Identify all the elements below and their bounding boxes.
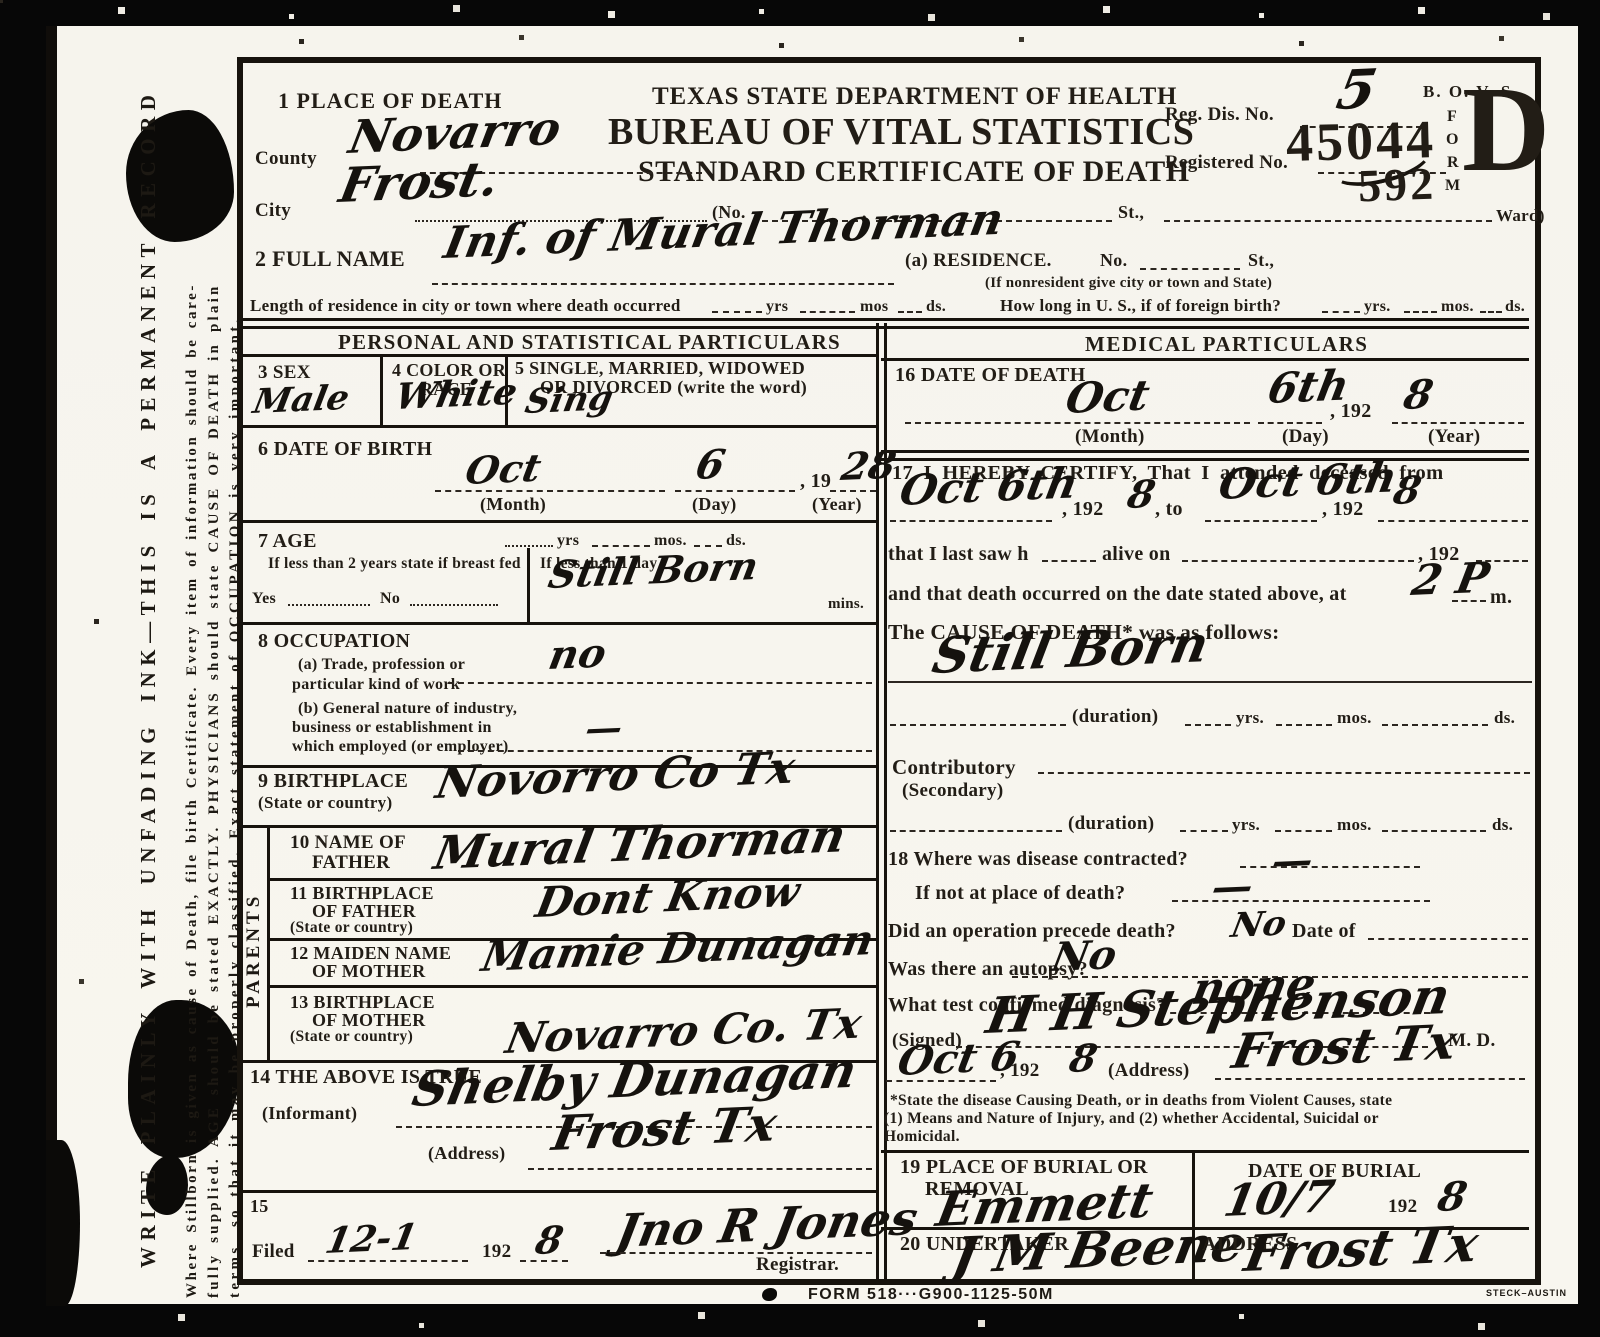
marital-value-handwriting: Sing <box>522 378 616 422</box>
color-value-handwriting: White <box>392 371 521 418</box>
length-yrs-line <box>712 311 762 313</box>
howlong-ds-line <box>1480 311 1502 313</box>
occupation-a-line1: (a) Trade, profession or <box>298 656 465 674</box>
dod-year-printed: , 192 <box>1330 400 1372 423</box>
certify-from-handwriting: Oct 6th <box>896 458 1082 515</box>
residence-st-label: St., <box>1248 250 1274 271</box>
burial-top-rule <box>881 1150 1529 1153</box>
dod-day-line <box>1258 422 1322 424</box>
dob-year-printed: , 19 <box>800 470 831 493</box>
city-label: City <box>255 200 291 222</box>
duration2-mos-line <box>1275 830 1332 832</box>
age-mins-label: mins. <box>828 596 864 613</box>
registered-label: Registered No. <box>1165 152 1288 174</box>
dod-double-rule <box>881 450 1529 461</box>
howlong-ds-label: ds. <box>1505 298 1525 316</box>
occupation-a-value-handwriting: no <box>545 630 610 679</box>
duration1-mos-line <box>1276 724 1332 726</box>
dod-month-line <box>905 422 1250 424</box>
filed-year-line <box>520 1260 568 1262</box>
dob-year-caption: (Year) <box>812 494 862 515</box>
form-letter-f: F <box>1447 108 1457 126</box>
operation-value-handwriting: No <box>1228 904 1290 946</box>
footer-printer-mark: STECK–AUSTIN <box>1486 1288 1567 1298</box>
duration1-yrs: yrs. <box>1236 708 1264 728</box>
dob-year-handwriting: 28 <box>838 442 900 489</box>
item2-full-name-label: 2 FULL NAME <box>255 246 405 272</box>
certify-from-year-printed: , 192 <box>1062 498 1104 521</box>
contributory-label: Contributory <box>892 755 1016 780</box>
father-name-label-1: 10 NAME OF <box>290 832 406 854</box>
footnote-line-3: Homicidal. <box>884 1128 960 1146</box>
footer-form-number: FORM 518···G900-1125-50M <box>808 1286 1054 1304</box>
sex-color-cell-divider <box>380 354 383 425</box>
dod-year-line <box>1392 422 1524 424</box>
duration1-mos: mos. <box>1337 708 1372 728</box>
breast-fed-yes-label: Yes <box>252 590 276 608</box>
footnote-line-2: (1) Means and Nature of Injury, and (2) … <box>884 1110 1379 1128</box>
form-d-letter: D <box>1462 72 1550 188</box>
last-saw-line-2 <box>1182 560 1414 562</box>
death-occurred-label: and that death occurred on the date stat… <box>888 583 1347 606</box>
how-long-label: How long in U. S., if of foreign birth? <box>1000 296 1281 316</box>
dob-day-line <box>675 490 795 492</box>
registered-value: 592 <box>1357 157 1437 213</box>
dob-day-caption: (Day) <box>692 494 737 515</box>
form-letter-o: O <box>1446 131 1459 149</box>
autopsy-value-handwriting: No <box>1048 931 1121 981</box>
dob-month-line <box>435 490 665 492</box>
signed-address-label: (Address) <box>1108 1060 1190 1082</box>
breast-fed-yes-line <box>288 604 370 606</box>
last-saw-label-2: alive on <box>1102 543 1171 566</box>
filed-label: Filed <box>252 1241 295 1263</box>
duration2-ds-line <box>1382 830 1486 832</box>
parents-strip-divider <box>267 825 270 1060</box>
undertaker-address-handwriting: Frost Tx <box>1240 1214 1483 1283</box>
item15-label: 15 <box>250 1196 269 1217</box>
dod-month-caption: (Month) <box>1075 426 1145 448</box>
informant-label: (Informant) <box>262 1103 357 1124</box>
operation-date-line <box>1368 938 1528 940</box>
dob-month-caption: (Month) <box>480 494 546 515</box>
row-age-bottom-rule <box>243 622 876 625</box>
howlong-mos-line <box>1404 311 1437 313</box>
informant-address-handwriting: Frost Tx <box>548 1096 781 1162</box>
operation-date-of-label: Date of <box>1292 920 1356 943</box>
cause-line <box>888 681 1532 683</box>
occupation-label: 8 OCCUPATION <box>258 630 410 653</box>
duration2-yrs: yrs. <box>1232 815 1260 835</box>
length-ds-line <box>898 311 922 313</box>
sex-value-handwriting: Male <box>250 378 353 422</box>
age-stillborn-handwriting: Still Born <box>545 543 762 597</box>
occupation-b-line2: business or establishment in <box>292 719 492 737</box>
age-label: 7 AGE <box>258 530 317 553</box>
certify-to-year-printed: , 192 <box>1322 498 1364 521</box>
dod-month-handwriting: Oct <box>1062 370 1153 423</box>
signed-address-line <box>1215 1078 1525 1080</box>
duration2-yrs-line <box>1180 830 1228 832</box>
age-cell-divider <box>527 548 530 622</box>
st-label: St., <box>1118 202 1144 223</box>
certify-to-handwriting: Oct 6th <box>1215 452 1401 509</box>
signed-year-printed: , 192 <box>1000 1060 1040 1082</box>
length-ds-label: ds. <box>926 298 946 316</box>
age-yrs-label: yrs <box>557 532 579 550</box>
death-time-line <box>1452 600 1486 602</box>
reg-dis-label: Reg. Dis. No. <box>1165 104 1274 126</box>
street-line-2 <box>1164 220 1492 222</box>
howlong-yrs-line <box>1322 311 1360 313</box>
mother-name-label-2: OF MOTHER <box>312 961 426 982</box>
signed-address-handwriting: Frost Tx <box>1228 1014 1461 1080</box>
occupation-a-line2: particular kind of work <box>292 676 460 694</box>
duration1-ds-line <box>1382 724 1488 726</box>
dod-day-caption: (Day) <box>1282 426 1329 448</box>
nonresident-note: (If nonresident give city or town and St… <box>985 275 1272 292</box>
medical-title-rule <box>881 358 1529 361</box>
breast-fed-no-label: No <box>380 590 400 608</box>
occupation-b-line1: (b) General nature of industry, <box>298 700 517 718</box>
medical-section-title: MEDICAL PARTICULARS <box>1085 332 1368 357</box>
duration2-mos: mos. <box>1337 815 1372 835</box>
parents-vertical-label: PARENTS <box>243 893 265 1008</box>
informant-address-label: (Address) <box>428 1143 505 1164</box>
duration2-label: (duration) <box>1068 813 1154 835</box>
residence-a-label: (a) RESIDENCE. <box>905 250 1052 272</box>
bureau-title: BUREAU OF VITAL STATISTICS <box>608 110 1194 154</box>
dob-label: 6 DATE OF BIRTH <box>258 438 432 461</box>
signed-date-line <box>886 1080 996 1082</box>
certify-to-word: , to <box>1155 498 1183 521</box>
paper-noise-dots <box>0 0 3 3</box>
footnote-line-1: *State the disease Causing Death, or in … <box>890 1092 1392 1110</box>
row-dob-bottom-rule <box>243 520 876 523</box>
standard-certificate-title: STANDARD CERTIFICATE OF DEATH <box>638 155 1190 189</box>
duration1-yrs-line <box>1185 724 1231 726</box>
informant-address-line <box>528 1168 872 1170</box>
length-yrs-label: yrs <box>766 298 788 316</box>
margin-instruction-2: Where Stillborn is given as cause of Dea… <box>184 283 201 1298</box>
death-time-m-label: m. <box>1490 586 1512 609</box>
duration1-pre-line <box>890 724 1066 726</box>
certify-year-line <box>1378 520 1528 522</box>
contributory-line <box>1038 772 1530 774</box>
birthplace-label: 9 BIRTHPLACE <box>258 770 408 793</box>
howlong-mos-label: mos. <box>1441 298 1474 316</box>
parents-rule-3 <box>267 985 876 988</box>
secondary-label: (Secondary) <box>902 780 1003 802</box>
mother-birthplace-state-country: (State or country) <box>290 1028 413 1046</box>
birthplace-state-country: (State or country) <box>258 793 392 813</box>
age-mos-line <box>592 545 650 547</box>
cause-of-death-handwriting: Still Born <box>928 614 1213 685</box>
form-letter-m: M <box>1445 177 1460 195</box>
county-label: County <box>255 148 317 170</box>
breast-fed-no-line <box>410 604 498 606</box>
margin-instruction-3: fully supplied. AGE should be stated EXA… <box>206 283 223 1298</box>
residence-no-label: No. <box>1100 250 1127 271</box>
disease-contracted-label: 18 Where was disease contracted? <box>888 848 1188 871</box>
residence-no-line <box>1140 268 1240 270</box>
row-informant-bottom-rule <box>243 1190 876 1193</box>
duration1-ds: ds. <box>1494 708 1515 728</box>
dob-month-handwriting: Oct <box>462 445 545 493</box>
filed-year-printed: 192 <box>482 1241 511 1263</box>
length-mos-line <box>800 311 855 313</box>
not-at-place-line <box>1172 900 1430 902</box>
duration2-ds: ds. <box>1492 815 1513 835</box>
full-name-line <box>432 283 894 285</box>
certify-from-line <box>890 520 1052 522</box>
filed-date-handwriting: 12-1 <box>322 1216 421 1262</box>
duration2-pre-line <box>890 830 1062 832</box>
margin-instruction-1: WRITE PLAINLY WITH UNFADING INK—THIS IS … <box>136 89 161 1268</box>
duration1-label: (duration) <box>1072 706 1158 728</box>
disease-contracted-line <box>1240 866 1420 868</box>
row-sex-bottom-rule <box>243 425 876 428</box>
marital-label-1: 5 SINGLE, MARRIED, WIDOWED <box>515 358 805 379</box>
operation-label: Did an operation precede death? <box>888 920 1176 943</box>
city-value-handwriting: Frost. <box>335 151 503 214</box>
department-title: TEXAS STATE DEPARTMENT OF HEALTH <box>652 83 1177 111</box>
burial-year-printed: 192 <box>1388 1196 1417 1218</box>
breast-fed-note: If less than 2 years state if breast fed <box>268 555 521 573</box>
scanned-death-certificate: WRITE PLAINLY WITH UNFADING INK—THIS IS … <box>0 0 1600 1337</box>
howlong-yrs-label: yrs. <box>1364 298 1391 316</box>
occupation-b-line3: which employed (or employer) <box>292 738 509 756</box>
ward-label: Ward) <box>1496 206 1545 226</box>
length-mos-label: mos <box>860 298 888 316</box>
father-name-label-2: FATHER <box>312 852 390 874</box>
age-yrs-line <box>505 545 553 547</box>
length-residence-label: Length of residence in city or town wher… <box>250 296 681 316</box>
certify-to-line <box>1205 520 1317 522</box>
personal-title-rule <box>243 354 876 357</box>
dob-year-line <box>830 490 876 492</box>
occupation-a-line <box>448 682 872 684</box>
form-letter-r: R <box>1447 154 1459 172</box>
not-at-place-label: If not at place of death? <box>915 882 1125 905</box>
father-birthplace-state-country: (State or country) <box>290 919 413 937</box>
last-saw-label-1: that I last saw h <box>888 543 1029 566</box>
date-of-death-label: 16 DATE OF DEATH <box>895 364 1086 387</box>
filed-date-line <box>308 1260 468 1262</box>
registrar-label: Registrar. <box>756 1254 839 1276</box>
death-time-handwriting: 2 P <box>1408 553 1493 605</box>
paper-left-edge-shadow <box>46 26 57 1304</box>
dod-year-caption: (Year) <box>1428 426 1480 448</box>
personal-section-title: PERSONAL AND STATISTICAL PARTICULARS <box>338 330 841 355</box>
last-saw-line-1 <box>1042 560 1096 562</box>
